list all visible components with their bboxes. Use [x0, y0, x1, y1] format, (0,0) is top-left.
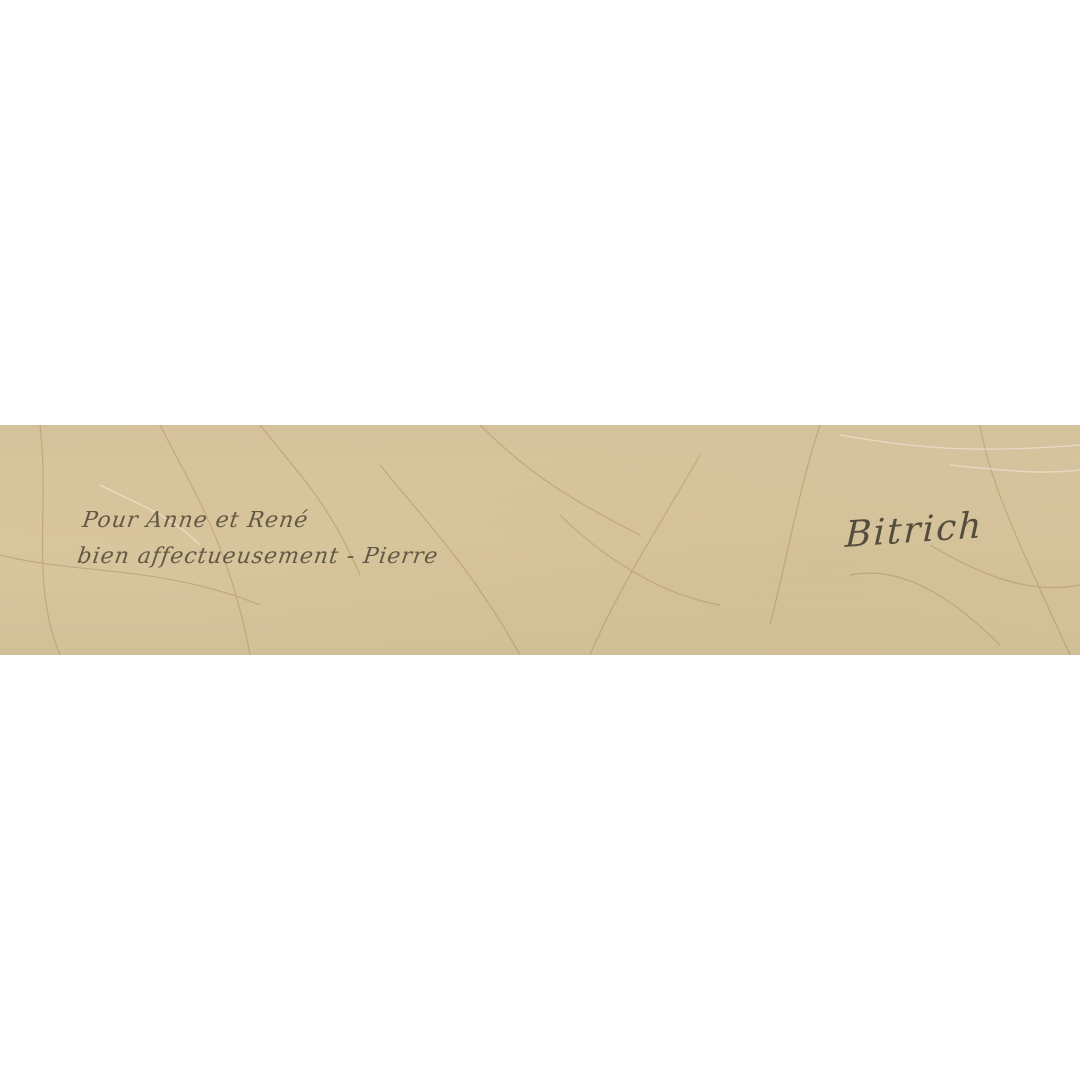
paper-strip: Pour Anne et René bien affectueusement -…	[0, 425, 1080, 655]
handwritten-dedication: Pour Anne et René bien affectueusement -…	[75, 503, 446, 575]
dedication-line-2: bien affectueusement - Pierre	[75, 539, 441, 575]
dedication-line-1: Pour Anne et René	[80, 503, 446, 539]
